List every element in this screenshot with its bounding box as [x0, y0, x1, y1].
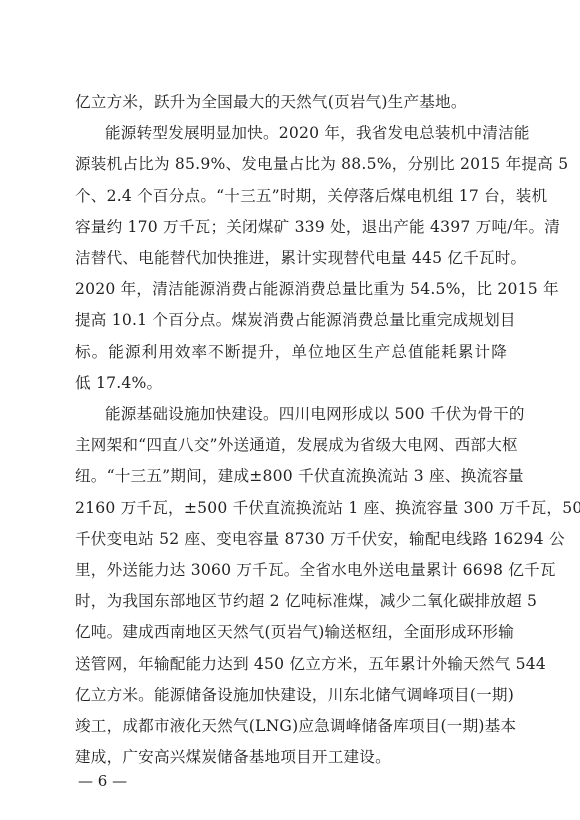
text-line: 送管网，年输配能力达到 450 亿立方米，五年累计外输天然气 544 [75, 654, 507, 674]
text-line: 里，外送能力达 3060 万千瓦。全省水电外送电量累计 6698 亿千瓦 [75, 560, 507, 580]
text-line: 2020 年，清洁能源消费占能源消费总量比重为 54.5%，比 2015 年 [75, 279, 507, 299]
text-line: 源装机占比为 85.9%、发电量占比为 88.5%，分别比 2015 年提高 5 [75, 154, 507, 174]
text-line: 提高 10.1 个百分点。煤炭消费占能源消费总量比重完成规划目 [75, 310, 507, 330]
text-line: 建成，广安高兴煤炭储备基地项目开工建设。 [75, 747, 507, 767]
text-line: 个、2.4 个百分点。“十三五”时期，关停落后煤电机组 17 台，装机 [75, 186, 507, 206]
page-number: — 6 — [78, 772, 127, 790]
text-line: 容量约 170 万千瓦；关闭煤矿 339 处，退出产能 4397 万吨/年。清 [75, 217, 507, 237]
text-line: 亿立方米，跃升为全国最大的天然气(页岩气)生产基地。 [75, 92, 507, 112]
text-line: 低 17.4%。 [75, 373, 507, 393]
paragraph-first-line: 能源基础设施加快建设。四川电网形成以 500 千伏为骨干的 [105, 404, 507, 424]
text-line: 竣工，成都市液化天然气(LNG)应急调峰储备库项目(一期)基本 [75, 716, 507, 736]
text-line: 亿吨。建成西南地区天然气(页岩气)输送枢纽，全面形成环形输 [75, 622, 507, 642]
text-line: 纽。“十三五”期间，建成±800 千伏直流换流站 3 座、换流容量 [75, 466, 507, 486]
text-line: 时，为我国东部地区节约超 2 亿吨标准煤，减少二氧化碳排放超 5 [75, 591, 507, 611]
text-line: 标。能源利用效率不断提升，单位地区生产总值能耗累计降 [75, 342, 507, 362]
text-line: 2160 万千瓦，±500 千伏直流换流站 1 座、换流容量 300 万千瓦，5… [75, 498, 507, 518]
text-line: 千伏变电站 52 座、变电容量 8730 万千伏安，输配电线路 16294 公 [75, 529, 507, 549]
text-line: 主网架和“四直八交”外送通道，发展成为省级大电网、西部大枢 [75, 435, 507, 455]
document-page: 亿立方米，跃升为全国最大的天然气(页岩气)生产基地。 能源转型发展明显加快。20… [0, 0, 580, 820]
text-line: 洁替代、电能替代加快推进，累计实现替代电量 445 亿千瓦时。 [75, 248, 507, 268]
paragraph-first-line: 能源转型发展明显加快。2020 年，我省发电总装机中清洁能 [105, 123, 507, 143]
text-line: 亿立方米。能源储备设施加快建设，川东北储气调峰项目(一期) [75, 685, 507, 705]
